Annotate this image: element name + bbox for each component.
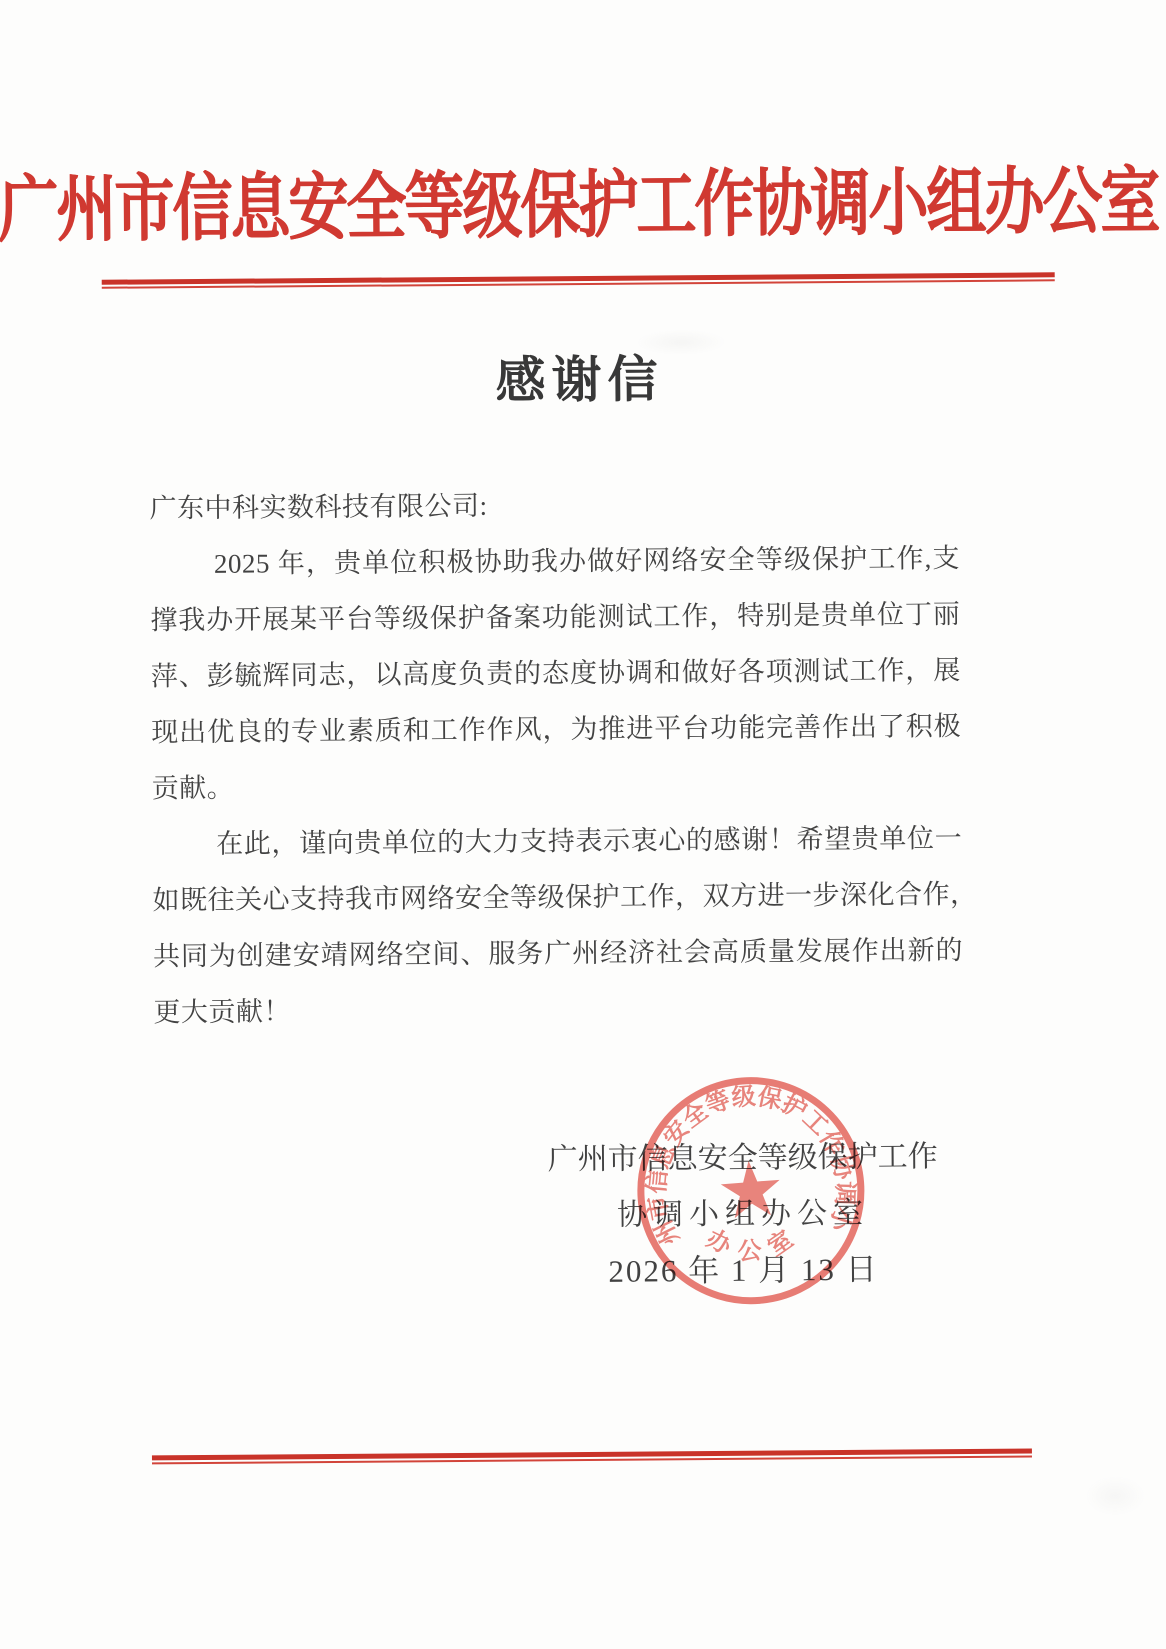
letter-page: 广州市信息安全等级保护工作协调小组办公室 感谢信 广东中科实数科技有限公司: 2… xyxy=(0,0,1166,1649)
scan-artifact xyxy=(1085,1476,1145,1516)
paragraph2-line: 共同为创建安靖网络空间、服务广州经济社会高质量发展作出新的 xyxy=(153,922,963,984)
page-title: 感谢信 xyxy=(0,335,1163,416)
footer-divider-line xyxy=(152,1448,1032,1455)
paragraph1-line: 贡献。 xyxy=(151,754,961,816)
paragraph1-line: 萍、彭毓辉同志，以高度负责的态度协调和做好各项测试工作，展 xyxy=(151,642,961,704)
paragraph2-line: 在此，谨向贵单位的大力支持表示衷心的感谢！希望贵单位一 xyxy=(152,810,962,872)
paragraph1-line: 2025 年，贵单位积极协助我办做好网络安全等级保护工作,支 xyxy=(150,530,960,592)
letterhead-divider-line xyxy=(102,272,1055,279)
signature-org-line2: 协调小组办公室 xyxy=(528,1185,958,1244)
scanned-sheet: 广州市信息安全等级保护工作协调小组办公室 感谢信 广东中科实数科技有限公司: 2… xyxy=(0,0,1166,1649)
signature-date: 2026 年 1 月 13 日 xyxy=(528,1241,958,1300)
paragraph1-line: 现出优良的专业素质和工作作风，为推进平台功能完善作出了积极 xyxy=(151,698,961,760)
paragraph1-line: 撑我办开展某平台等级保护备案功能测试工作，特别是贵单位丁丽 xyxy=(150,586,960,648)
letterhead-org-name: 广州市信息安全等级保护工作协调小组办公室 xyxy=(0,165,1161,247)
paragraph2-line: 如既往关心支持我市网络安全等级保护工作，双方进一步深化合作， xyxy=(152,866,962,928)
salutation: 广东中科实数科技有限公司: xyxy=(149,474,959,536)
signature-org-line1: 广州市信息安全等级保护工作 xyxy=(527,1129,957,1188)
paragraph2-line: 更大贡献！ xyxy=(153,978,963,1040)
letter-body: 广东中科实数科技有限公司: 2025 年，贵单位积极协助我办做好网络安全等级保护… xyxy=(149,474,963,1040)
signature-block: 广州市信息安全等级保护工作 协调小组办公室 2026 年 1 月 13 日 xyxy=(527,1129,958,1300)
